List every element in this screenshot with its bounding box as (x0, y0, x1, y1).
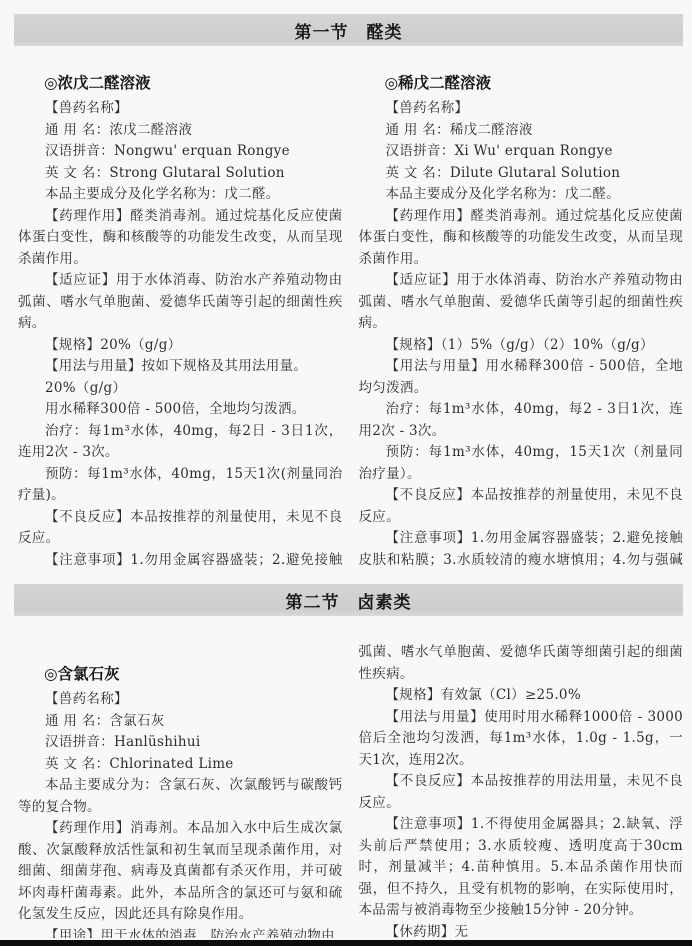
paragraph: 【不良反应】本品按推荐的用法用量，未见不良反应。 (359, 771, 684, 814)
paragraph: 【休药期】无 (359, 922, 684, 939)
paragraph: 通 用 名：含氯石灰 (18, 711, 343, 733)
paragraph: 【兽药名称】 (359, 98, 684, 120)
paragraph: 预防：每1m³水体，40mg，15天1次(剂量同治疗量)。 (18, 464, 343, 507)
text-column: ◎稀戊二醛溶液【兽药名称】通 用 名：稀戊二醛溶液汉语拼音：Xi Wu' erq… (359, 72, 684, 572)
paragraph: 【药理作用】醛类消毒剂。通过烷基化反应使菌体蛋白变性，酶和核酸等的功能发生改变，… (18, 206, 343, 271)
paragraph: 【用法与用量】用水稀释300倍 - 500倍，全地均匀泼洒。 (359, 356, 684, 399)
two-column-layout: ◎浓戊二醛溶液【兽药名称】通 用 名：浓戊二醛溶液汉语拼音：Nongwu' er… (18, 72, 683, 572)
paragraph: 【药理作用】消毒剂。本品加入水中后生成次氯酸、次氯酸释放活性氯和初生氧而呈现杀菌… (18, 818, 343, 926)
text-column: ◎含氯石灰【兽药名称】通 用 名：含氯石灰汉语拼音：Hanlüshihui英 文… (18, 642, 343, 938)
paragraph: 通 用 名：稀戊二醛溶液 (359, 120, 684, 142)
entry-heading: ◎稀戊二醛溶液 (359, 72, 684, 95)
paragraph: 汉语拼音：Xi Wu' erquan Rongye (359, 141, 684, 163)
text-column: 弧菌、嗜水气单胞菌、爱德华氏菌等细菌引起的细菌性疾病。【规格】有效氯（Cl）≥2… (359, 642, 684, 938)
paragraph: 【规格】有效氯（Cl）≥25.0% (359, 685, 684, 707)
paragraph: 本品主要成分及化学名称为：戊二醛。 (18, 184, 343, 206)
paragraph: 英 文 名：Chlorinated Lime (18, 754, 343, 776)
paragraph: 本品主要成分及化学名称为：戊二醛。 (359, 184, 684, 206)
page-bottom-edge (0, 940, 692, 946)
section: 第一节 醛类◎浓戊二醛溶液【兽药名称】通 用 名：浓戊二醛溶液汉语拼音：Nong… (0, 14, 692, 572)
paragraph: 【药理作用】醛类消毒剂。通过烷基化反应使菌体蛋白变性，酶和核酸等的功能发生改变，… (359, 206, 684, 271)
paragraph: 汉语拼音：Nongwu' erquan Rongye (18, 141, 343, 163)
paragraph: 【注意事项】1.勿用金属容器盛装；2.避免接触皮肤和粘膜；3.水质较清的瘦水塘慎… (359, 528, 684, 572)
paragraph: 【适应证】用于水体消毒、防治水产养殖动物由弧菌、嗜水气单胞菌、爱德华氏菌等引起的… (18, 270, 343, 335)
section-title: 第二节 卤素类 (286, 588, 412, 613)
paragraph: 20%（g/g） (18, 378, 343, 400)
paragraph: 【用途】用于水体的消毒，防治水产养殖动物由 (18, 926, 343, 939)
paragraph: 弧菌、嗜水气单胞菌、爱德华氏菌等细菌引起的细菌性疾病。 (359, 642, 684, 685)
paragraph: 【兽药名称】 (18, 689, 343, 711)
paragraph: 用水稀释300倍 - 500倍，全地均匀泼洒。 (18, 399, 343, 421)
book-page: 第一节 醛类◎浓戊二醛溶液【兽药名称】通 用 名：浓戊二醛溶液汉语拼音：Nong… (0, 0, 692, 946)
paragraph: 【用法与用量】使用时用水稀释1000倍 - 3000倍后全池均匀泼洒，每1m³水… (359, 707, 684, 772)
paragraph: 【不良反应】本品按推荐的剂量使用，未见不良反应。 (18, 507, 343, 550)
paragraph: 【用法与用量】按如下规格及其用法用量。 (18, 356, 343, 378)
paragraph: 英 文 名：Dilute Glutaral Solution (359, 163, 684, 185)
section-title: 第一节 醛类 (295, 18, 403, 43)
entry-heading: ◎浓戊二醛溶液 (18, 72, 343, 95)
paragraph: 通 用 名：浓戊二醛溶液 (18, 120, 343, 142)
paragraph: 【注意事项】1.不得使用金属器具；2.缺氧、浮头前后严禁使用；3.水质较瘦、透明… (359, 814, 684, 922)
paragraph: 预防：每1m³水体，40mg，15天1次（剂量同治疗量）。 (359, 442, 684, 485)
text-column: ◎浓戊二醛溶液【兽药名称】通 用 名：浓戊二醛溶液汉语拼音：Nongwu' er… (18, 72, 343, 572)
paragraph: 【规格】（1）5%（g/g）（2）10%（g/g） (359, 335, 684, 357)
section-header-bar: 第一节 醛类 (14, 14, 683, 46)
entry-heading: ◎含氯石灰 (18, 663, 343, 686)
paragraph: 【不良反应】本品按推荐的剂量使用，未见不良反应。 (359, 485, 684, 528)
paragraph: 【规格】20%（g/g） (18, 335, 343, 357)
paragraph: 【注意事项】1.勿用金属容器盛装；2.避免接触皮肤和粘膜；3.水质较清的瘦水塘慎… (18, 550, 343, 573)
paragraph: 汉语拼音：Hanlüshihui (18, 732, 343, 754)
paragraph: 英 文 名：Strong Glutaral Solution (18, 163, 343, 185)
section: 第二节 卤素类◎含氯石灰【兽药名称】通 用 名：含氯石灰汉语拼音：Hanlüsh… (0, 584, 692, 938)
paragraph: 本品主要成分为：含氯石灰、次氯酸钙与碳酸钙等的复合物。 (18, 775, 343, 818)
paragraph: 治疗：每1m³水体，40mg，每2 - 3日1次，连用2次 - 3次。 (359, 399, 684, 442)
paragraph: 【适应证】用于水体消毒、防治水产养殖动物由弧菌、嗜水气单胞菌、爱德华氏菌等引起的… (359, 270, 684, 335)
two-column-layout: ◎含氯石灰【兽药名称】通 用 名：含氯石灰汉语拼音：Hanlüshihui英 文… (18, 642, 683, 938)
section-header-bar: 第二节 卤素类 (14, 584, 683, 616)
paragraph: 【兽药名称】 (18, 98, 343, 120)
paragraph: 治疗：每1m³水体，40mg，每2日 - 3日1次，连用2次 - 3次。 (18, 421, 343, 464)
